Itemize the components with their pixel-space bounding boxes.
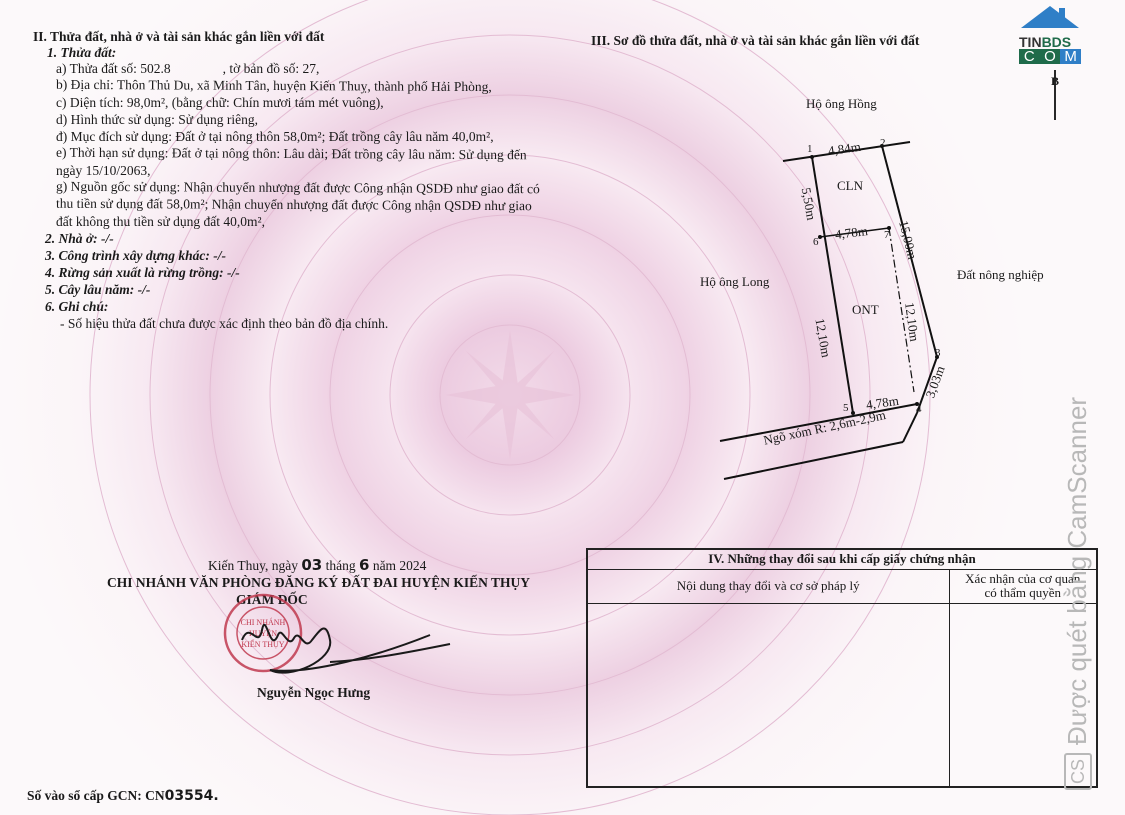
point-1: 1 — [807, 143, 813, 155]
zone-cln: CLN — [837, 178, 863, 194]
column-change-content: Nội dung thay đổi và cơ sở pháp lý — [587, 569, 949, 603]
neighbor-right: Đất nông nghiệp — [957, 267, 1044, 283]
point-5: 5 — [843, 402, 849, 414]
logo-com: C O M — [1019, 49, 1081, 64]
point-2: 2 — [880, 137, 886, 149]
north-indicator: B — [1051, 73, 1059, 91]
point-7: 7 — [884, 229, 890, 241]
zone-ont: ONT — [852, 302, 879, 318]
point-3: 3 — [935, 347, 941, 359]
changes-table: IV. Những thay đổi sau khi cấp giấy chứn… — [586, 548, 1098, 788]
house-roof-icon — [1019, 4, 1081, 30]
camscanner-icon: CS — [1064, 753, 1092, 790]
logo-wordmark: TINBDS — [1019, 35, 1081, 49]
camscanner-watermark: CS Được quét bằng CamScanner — [1062, 397, 1093, 790]
change-content-cell — [587, 603, 949, 787]
tinbds-logo: TINBDS C O M — [1019, 4, 1081, 64]
neighbor-top: Hộ ông Hồng — [806, 96, 877, 112]
neighbor-left: Hộ ông Long — [700, 274, 769, 290]
section-4-title: IV. Những thay đổi sau khi cấp giấy chứn… — [587, 549, 1097, 569]
point-6: 6 — [813, 236, 819, 248]
point-4: 4 — [916, 403, 922, 415]
